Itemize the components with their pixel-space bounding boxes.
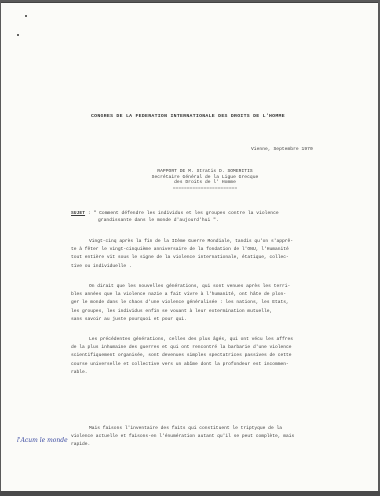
text-line: tout entière vit sous le signe de la vio… (71, 254, 333, 262)
text-line: Les précédentes générations, celles des … (71, 336, 333, 344)
report-author-block: RAPPORT DE M. Stratis D. SOMERITIS Secré… (135, 169, 275, 191)
text-line: Mais faisons l'inventaire des faits qui … (71, 425, 333, 433)
ink-speck (17, 34, 19, 36)
paragraph-3: Les précédentes générations, celles des … (71, 336, 333, 377)
text-line: ger le monde dans le chaos d'une violenc… (71, 299, 333, 307)
text-line: scientifiquement organisée, sont devenue… (71, 352, 333, 360)
document-header-title: CONGRES DE LA FEDERATION INTERNATIONALE … (91, 114, 285, 120)
text-line: tive ou individuelle . (71, 263, 333, 271)
document-page: CONGRES DE LA FEDERATION INTERNATIONALE … (1, 2, 378, 493)
text-line: bles années que la violence nazie a fait… (71, 291, 333, 299)
handwritten-margin-note: l'Acum le monde (17, 437, 68, 444)
text-line: course universelle et collective vers un… (71, 361, 333, 369)
text-line: te à fêter le vingt-cinquième anniversai… (71, 246, 333, 254)
text-line: On dirait que les nouvelles générations,… (71, 283, 333, 291)
paragraph-4: Mais faisons l'inventaire des faits qui … (71, 425, 333, 450)
text-line: violence actuelle et faisons-en l'énumér… (71, 433, 333, 441)
subject-line: SUJET : " Comment défendre les individus… (71, 211, 279, 217)
text-line: rable. (71, 369, 333, 377)
underline-rule: ======================= (135, 186, 275, 192)
text-line: de la plus inhumaine des guerres et qui … (71, 344, 333, 352)
place-date: Vienne, Septembre 1970 (251, 147, 313, 153)
subject-text: : " Comment défendre les individus et le… (88, 211, 279, 216)
text-line: sans savoir au juste pourquoi et pour qu… (71, 316, 333, 324)
subject-line-continued: grandissante dans le monde d'aujourd'hui… (98, 218, 219, 224)
text-line: les groupes, les individus enfin se voua… (71, 308, 333, 316)
page-edge-shadow (0, 491, 380, 496)
paragraph-2: On dirait que les nouvelles générations,… (71, 283, 333, 324)
text-line: Vingt-cinq après la fin de la IIème Guer… (71, 238, 333, 246)
ink-speck (25, 15, 27, 17)
text-line: rapide. (71, 441, 333, 449)
paragraph-1: Vingt-cinq après la fin de la IIème Guer… (71, 238, 333, 271)
subject-label: SUJET (71, 211, 85, 216)
